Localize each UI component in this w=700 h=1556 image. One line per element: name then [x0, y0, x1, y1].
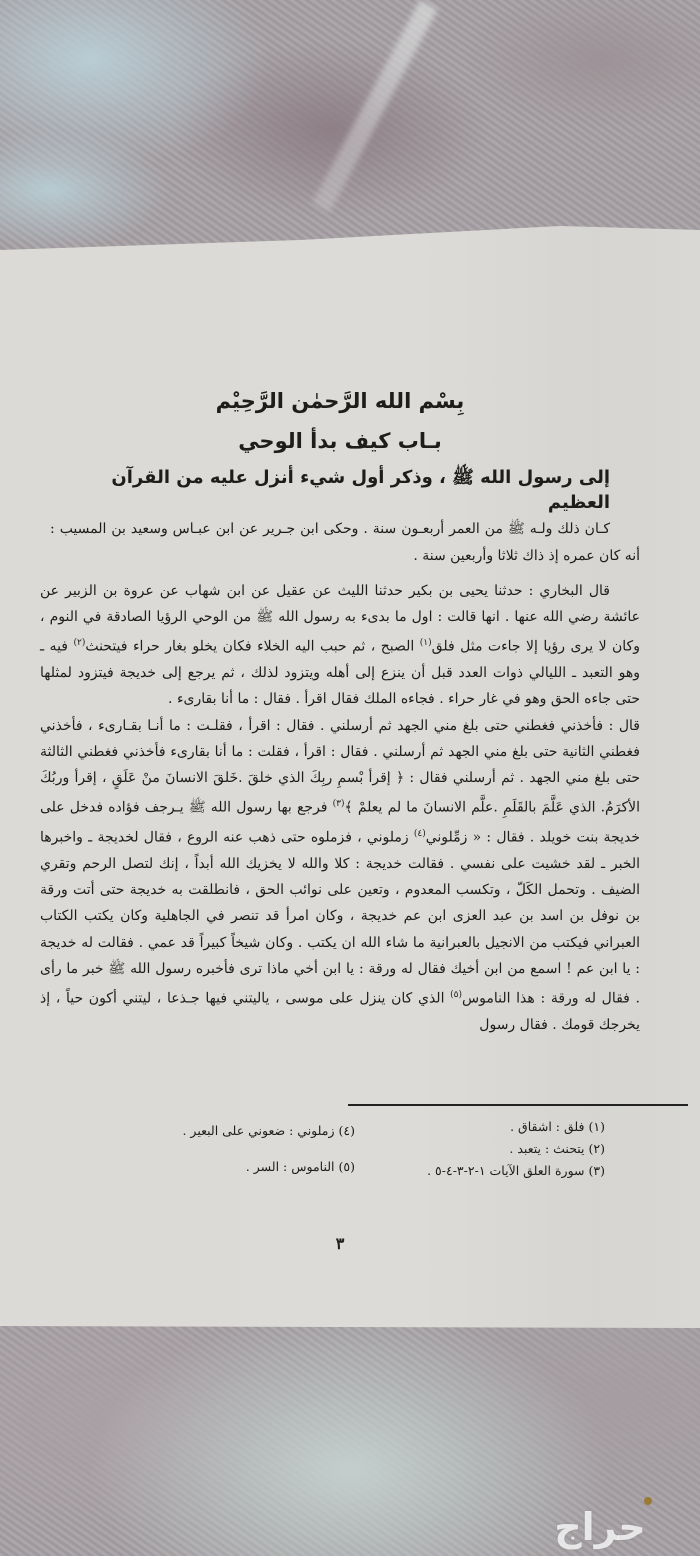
footnote-ref-5[interactable]: (٥) [450, 990, 462, 1000]
footnote-number: (٢) [589, 1141, 606, 1156]
chapter-subtitle: إلى رسول الله ﷺ ، وذكر أول شيء أنزل عليه… [90, 466, 610, 513]
footnote-number: (٤) [339, 1123, 356, 1138]
footnote-ref-3[interactable]: (٣) [333, 799, 345, 809]
footnote-ref-4[interactable]: (٤) [414, 829, 426, 839]
body-paragraph-2: قال : فأخذني فغطني حتى بلغ مني الجهد ثم … [40, 713, 640, 1038]
body-text-segment: الصبح ، ثم حبب اليه الخلاء فكان يخلو بغا… [85, 639, 419, 655]
haraj-watermark-logo: حراج [505, 1505, 695, 1553]
basmala-heading: بِسْم الله الرَّحمٰن الرَّحِيْم [0, 389, 700, 413]
book-page: بِسْم الله الرَّحمٰن الرَّحِيْم بـاب كيف… [0, 226, 700, 1328]
footnote-text: يتحنث : يتعبد . [509, 1141, 584, 1156]
footnote-number: (٣) [589, 1163, 606, 1178]
footnote-text: الناموس : السر . [246, 1159, 335, 1174]
body-text: قال البخاري : حدثنا يحيى بن بكير حدثنا ا… [40, 578, 640, 1038]
footnote-text: فلق : اشقاق . [510, 1119, 584, 1134]
footnote-4: (٤) زملوني : ضعوني على البعير . [115, 1120, 355, 1142]
footnotes: (١) فلق : اشقاق . (٢) يتحنث : يتعبد . (٣… [0, 1116, 700, 1216]
footnotes-column-left: (٤) زملوني : ضعوني على البعير . (٥) النا… [115, 1116, 355, 1178]
page-number: ٣ [0, 1234, 700, 1253]
footnote-divider [348, 1104, 688, 1106]
chapter-title: بـاب كيف بدأ الوحي [0, 429, 700, 453]
body-text-segment: زملوني ، فزملوه حتى ذهب عنه الروع ، فقال… [40, 830, 640, 1007]
body-paragraph-1: قال البخاري : حدثنا يحيى بن بكير حدثنا ا… [40, 578, 640, 713]
footnote-ref-2[interactable]: (٢) [73, 638, 85, 648]
footnote-5: (٥) الناموس : السر . [115, 1156, 355, 1178]
footnote-text: زملوني : ضعوني على البعير . [182, 1123, 334, 1138]
footnote-number: (١) [589, 1119, 606, 1134]
footnote-ref-1[interactable]: (١) [420, 638, 432, 648]
watermark-dot-icon [644, 1497, 652, 1505]
intro-text: كـان ذلك ولـه ﷺ من العمر أربعـون سنة . و… [50, 516, 640, 570]
page-content: بِسْم الله الرَّحمٰن الرَّحِيْم بـاب كيف… [0, 226, 700, 1328]
footnote-text: سورة العلق الآيات ١-٢-٣-٤-٥ . [427, 1163, 584, 1178]
footnote-number: (٥) [339, 1159, 356, 1174]
intro-paragraph: كـان ذلك ولـه ﷺ من العمر أربعـون سنة . و… [50, 516, 640, 570]
